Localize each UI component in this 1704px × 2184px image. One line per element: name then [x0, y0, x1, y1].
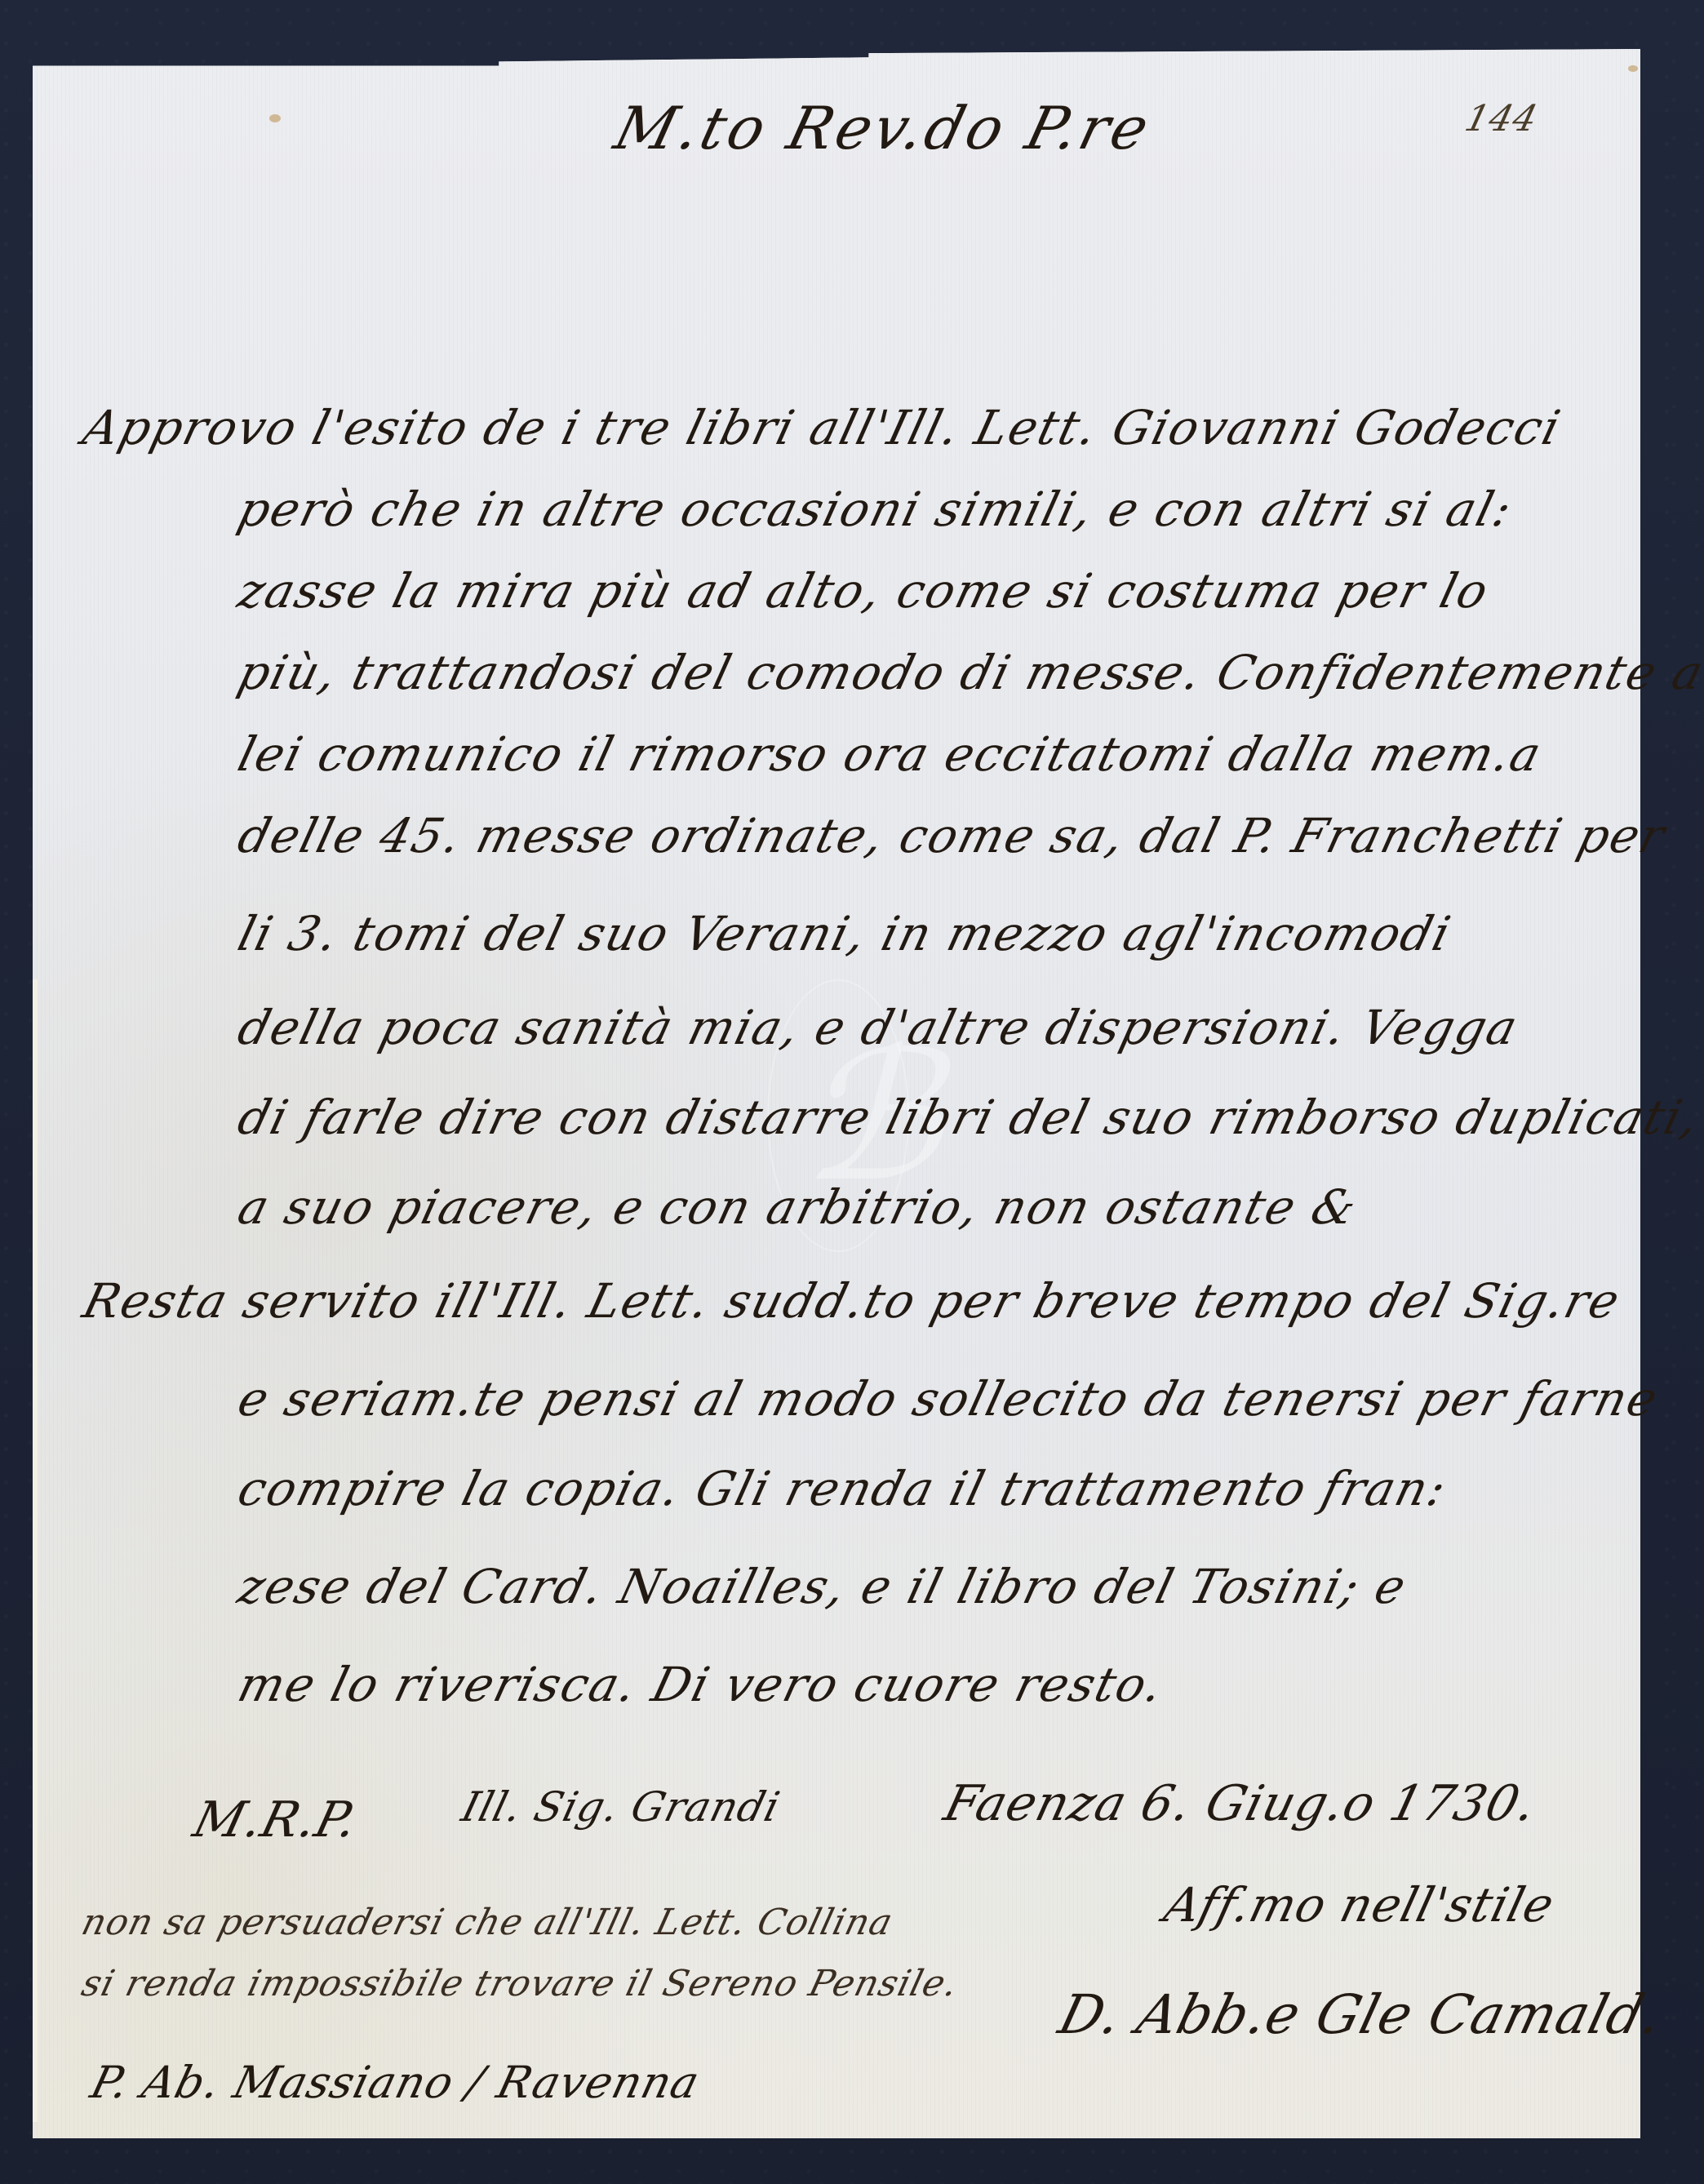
paper-left-edge: [33, 979, 38, 2122]
recipient-address: P. Ab. Massiano / Ravenna: [86, 2057, 705, 2108]
signature-line-2: D. Abb.e Gle Camald.: [1053, 1983, 1669, 2046]
folio-number: 144: [1461, 98, 1542, 140]
body-line-1: Approvo l'esito de i tre libri all'Ill. …: [78, 400, 1567, 455]
body-line-13: compire la copia. Gli renda il trattamen…: [233, 1461, 1453, 1516]
body-line-7: li 3. tomi del suo Verani, in mezzo agl'…: [233, 906, 1458, 961]
body-line-3: zasse la mira più ad alto, come si costu…: [233, 563, 1495, 619]
letter-heading: M.to Rev.do P.re: [608, 94, 1159, 162]
postscript-line-1: non sa persuadersi che all'Ill. Lett. Co…: [78, 1902, 897, 1943]
postscript-line-2: si renda impossibile trovare il Sereno P…: [78, 1963, 962, 2004]
signature-line-1: Aff.mo nell'stile: [1159, 1877, 1560, 1933]
body-line-5: lei comunico il rimorso ora eccitatomi d…: [233, 726, 1548, 782]
body-line-4: più, trattandosi del comodo di messe. Co…: [233, 645, 1704, 700]
closing-salutation: M.R.P.: [188, 1791, 363, 1849]
place-date: Faenza 6. Giug.o 1730.: [939, 1775, 1542, 1832]
body-line-9: di farle dire con distarre libri del suo…: [233, 1090, 1704, 1145]
body-line-6: delle 45. messe ordinate, come sa, dal P…: [233, 808, 1671, 863]
body-line-10: a suo piacere, e con arbitrio, non ostan…: [233, 1179, 1363, 1235]
closing-greeting: Ill. Sig. Grandi: [457, 1783, 785, 1831]
ink-spot: [269, 114, 281, 122]
body-line-2: però che in altre occasioni simili, e co…: [233, 482, 1519, 537]
body-line-8: della poca sanità mia, e d'altre dispers…: [233, 1000, 1524, 1055]
body-line-15: me lo riverisca. Di vero cuore resto.: [233, 1657, 1169, 1712]
body-line-12: e seriam.te pensi al modo sollecito da t…: [233, 1371, 1664, 1427]
body-line-11: Resta servito ill'Ill. Lett. sudd.to per…: [78, 1273, 1626, 1329]
body-line-14: zese del Card. Noailles, e il libro del …: [233, 1559, 1413, 1614]
ink-spot: [1628, 65, 1638, 72]
